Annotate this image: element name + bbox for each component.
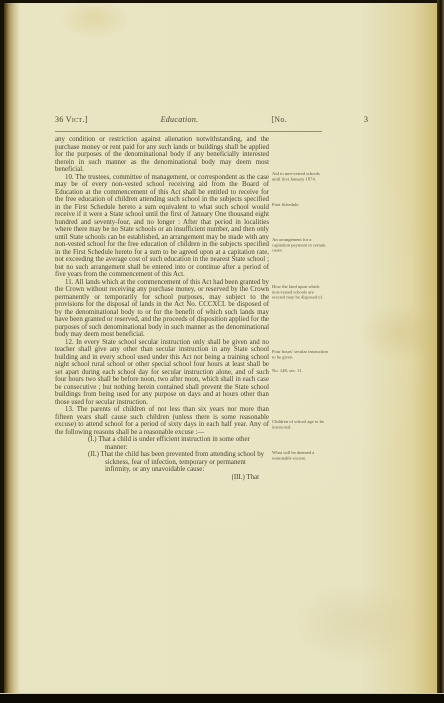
section-13: 13. The parents of children of not less … bbox=[55, 406, 269, 436]
margin-note-aid-non-vested: Aid to non-vested schools until first Ja… bbox=[272, 171, 328, 182]
margin-note-first-schedule: First Schedule. bbox=[272, 202, 328, 207]
excuse-item-2: (II.) That the child has been prevented … bbox=[88, 451, 269, 474]
catchword: (III.) That bbox=[55, 474, 269, 482]
act-body-text: any condition or restriction against ali… bbox=[55, 136, 269, 481]
act-number-bracket: [No. bbox=[271, 115, 287, 124]
running-head: 36 Vict.] Education. [No. bbox=[55, 115, 287, 124]
section-11: 11. All lands which at the commencement … bbox=[55, 279, 269, 339]
scan-bottom-edge bbox=[0, 693, 444, 703]
margin-note-secular-instruction: Four hours' secular instruction to be gi… bbox=[272, 349, 328, 360]
section-12: 12. In every State school secular instru… bbox=[55, 339, 269, 407]
excuse-item-1: (I.) That a child is under efficient ins… bbox=[88, 436, 269, 451]
binding-gutter-shadow bbox=[4, 3, 20, 693]
scanned-page: 36 Vict.] Education. [No. 3 any conditio… bbox=[0, 0, 444, 703]
margin-note-land-disposal: How the land upon which non-vested schoo… bbox=[272, 284, 328, 300]
margin-note-reasonable-excuse: What will be deemed a reasonable excuse. bbox=[272, 450, 328, 461]
regnal-year: 36 Vict.] bbox=[55, 115, 88, 124]
page-number: 3 bbox=[364, 115, 368, 124]
paragraph-continuation: any condition or restriction against ali… bbox=[55, 136, 269, 174]
page-right-edge bbox=[437, 0, 444, 703]
margin-note-school-age: Children of school age to be instructed. bbox=[272, 419, 328, 430]
margin-note-citation: No. 148, sec. 11. bbox=[272, 368, 328, 373]
margin-note-capitation: An arrangement for a capitation payment … bbox=[272, 237, 328, 253]
header-rule bbox=[55, 131, 322, 132]
section-10: 10. The trustees, committee of managemen… bbox=[55, 174, 269, 279]
paper-sheet: 36 Vict.] Education. [No. 3 any conditio… bbox=[4, 3, 438, 693]
act-title: Education. bbox=[161, 115, 199, 124]
